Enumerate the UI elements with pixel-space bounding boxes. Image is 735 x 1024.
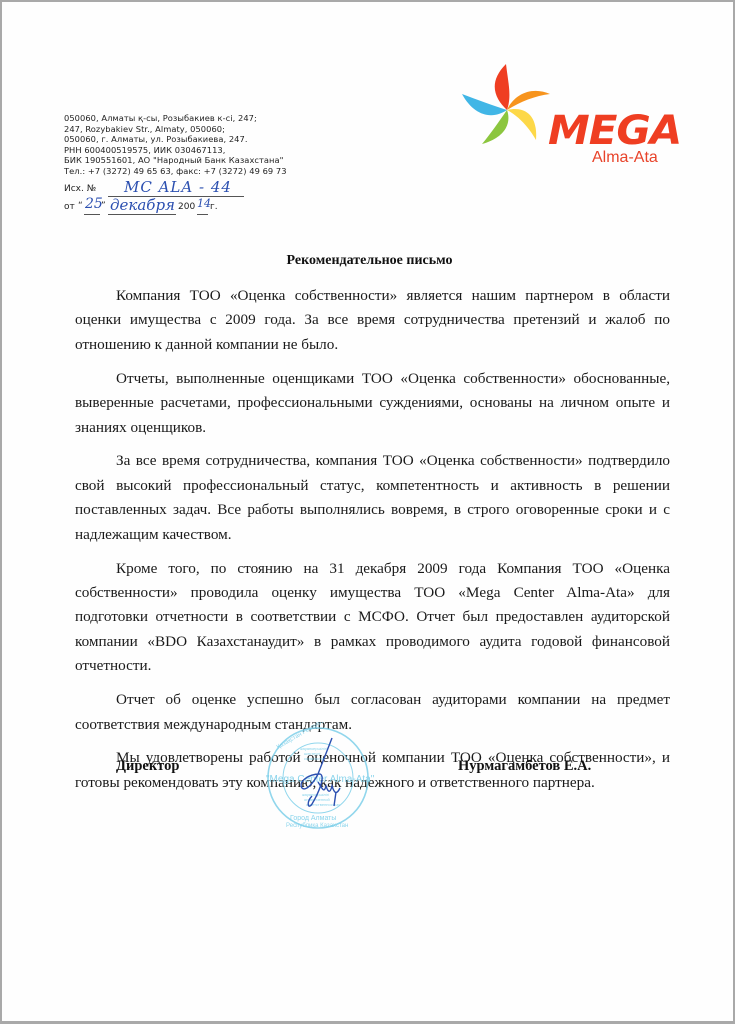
date-prefix: от [64,202,75,212]
signatory-name: Нурмагамбетов Е.А. [458,758,591,775]
quote-open: “ [78,201,83,211]
month-underline [108,214,176,215]
svg-text:Город Алматы: Город Алматы [290,815,336,822]
date-year-suffix: 14 [197,197,211,210]
signatory-position: Директор [116,758,179,775]
date-year-prefix: 200 [178,202,195,212]
outgoing-number-label: Исх. № [64,184,96,194]
letter-title: Рекомендательное письмо [2,253,735,269]
document-page: 050060, Алматы қ-сы, Розыбакиев к-сі, 24… [0,0,735,1024]
year-underline [197,214,208,215]
paragraph: Кроме того, по стоянию на 31 декабря 200… [75,557,670,679]
logo-subtitle: Alma-Ata [592,149,658,167]
address-line: 050060, г. Алматы, ул. Розыбакиева, 247. [64,134,287,145]
letterhead-address: 050060, Алматы қ-сы, Розыбакиев к-сі, 24… [64,113,287,177]
svg-text:серіктестік: серіктестік [304,756,324,761]
paragraph: За все время сотрудничества, компания ТО… [75,449,670,547]
date-suffix: г. [210,202,218,212]
address-line: Тел.: +7 (3272) 49 65 63, факс: +7 (3272… [64,166,287,177]
paragraph: Компания ТОО «Оценка собственности» явля… [75,284,670,357]
date-row: от “ 25 ” декабря 200 14 г. [64,202,96,220]
address-line: БИК 190551601, АО "Народный Банк Казахст… [64,155,287,166]
svg-text:Республика Казахстан: Республика Казахстан [286,823,348,829]
paragraph: Отчеты, выполненные оценщиками ТОО «Оцен… [75,367,670,440]
address-line: 050060, Алматы қ-сы, Розыбакиев к-сі, 24… [64,113,287,124]
date-month: декабря [110,196,175,214]
quote-close: ” [101,201,106,211]
company-stamp-icon: "Mega Center Alma-Ata" жауапкершілігі ше… [260,722,378,830]
svg-text:"Mega Center Alma-Ata": "Mega Center Alma-Ata" [266,774,375,785]
address-line: 247, Rozybakiev Str., Almaty, 050060; [64,124,287,135]
address-line: РНН 600400519575, ИИК 030467113, [64,145,287,156]
logo-brand-text: MEGA [548,108,681,154]
day-underline [84,214,100,215]
reference-block: Исх. № МС ALA - 44 от “ 25 ” декабря 200… [64,184,96,220]
outgoing-number-value: МС ALA - 44 [124,178,232,196]
